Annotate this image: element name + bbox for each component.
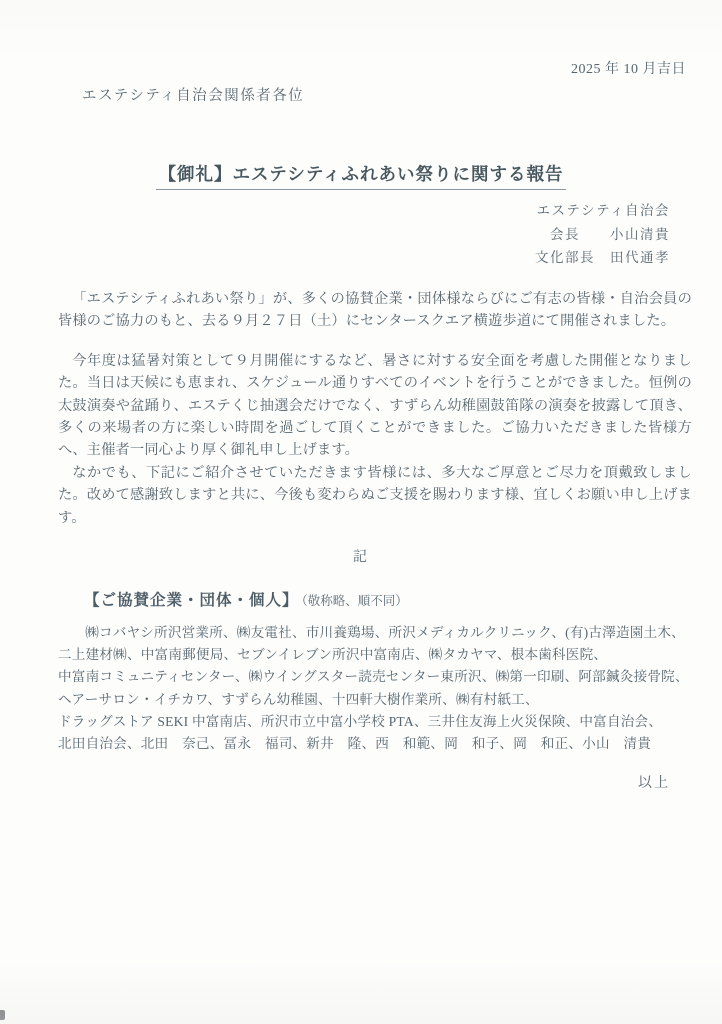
- letter-title: 【御礼】エステシティふれあい祭りに関する報告: [156, 161, 567, 190]
- signature-chairman: 会長 小山清貴: [535, 223, 670, 247]
- letter-body: 「エステシティふれあい祭り」が、多くの協賛企業・団体様ならびにご有志の皆様・自治…: [58, 288, 692, 529]
- signature-organization: エステシティ自治会: [535, 199, 670, 223]
- paragraph-opening: 「エステシティふれあい祭り」が、多くの協賛企業・団体様ならびにご有志の皆様・自治…: [58, 288, 692, 333]
- sponsor-line: ㈱コバヤシ所沢営業所、㈱友電社、市川養鶏場、所沢メディカルクリニック、(有)古澤…: [58, 622, 696, 644]
- sponsors-heading-note: （敬称略、順不同）: [302, 594, 408, 608]
- sponsors-heading-title: 【ご協賛企業・団体・個人】: [84, 592, 299, 609]
- sponsor-line: 二上建材㈱、中富南郵便局、セブンイレブン所沢中富南店、㈱タカヤマ、根本歯科医院、: [58, 644, 696, 666]
- scan-artifact: [0, 1010, 5, 1020]
- letter-date: 2025 年 10 月吉日: [571, 58, 686, 78]
- scanned-letter-page: 2025 年 10 月吉日 エステシティ自治会関係者各位 【御礼】エステシティふ…: [0, 0, 722, 1024]
- paragraph-gratitude: なかでも、下記にご紹介させていただきます皆様には、多大なご厚意とご尽力を頂戴致し…: [58, 462, 692, 529]
- sponsor-line: ドラッグストア SEKI 中富南店、所沢市立中富小学校 PTA、三井住友海上火災…: [58, 711, 696, 733]
- signature-culture-director: 文化部長 田代通孝: [535, 246, 670, 270]
- title-container: 【御礼】エステシティふれあい祭りに関する報告: [0, 161, 722, 190]
- sponsor-line: 中富南コミュニティセンター、㈱ウイングスター読売センター東所沢、㈱第一印刷、阿部…: [58, 666, 696, 688]
- sponsor-line: 北田自治会、北田 奈己、冨永 福司、新井 隆、西 和範、岡 和子、岡 和正、小山…: [58, 733, 696, 755]
- sponsor-line: ヘアーサロン・イチカワ、すずらん幼稚園、十四軒大樹作業所、㈱有村紙工、: [58, 689, 696, 711]
- sponsor-list: ㈱コバヤシ所沢営業所、㈱友電社、市川養鶏場、所沢メディカルクリニック、(有)古澤…: [58, 622, 696, 755]
- paragraph-event-report: 今年度は猛暑対策として９月開催にするなど、暑さに対する安全面を考慮した開催となり…: [58, 350, 692, 462]
- record-marker: 記: [0, 546, 722, 566]
- closing-marker: 以上: [638, 772, 670, 792]
- signature-block: エステシティ自治会 会長 小山清貴 文化部長 田代通孝: [535, 199, 670, 270]
- sponsors-heading: 【ご協賛企業・団体・個人】（敬称略、順不同）: [84, 588, 408, 610]
- addressee: エステシティ自治会関係者各位: [82, 84, 304, 105]
